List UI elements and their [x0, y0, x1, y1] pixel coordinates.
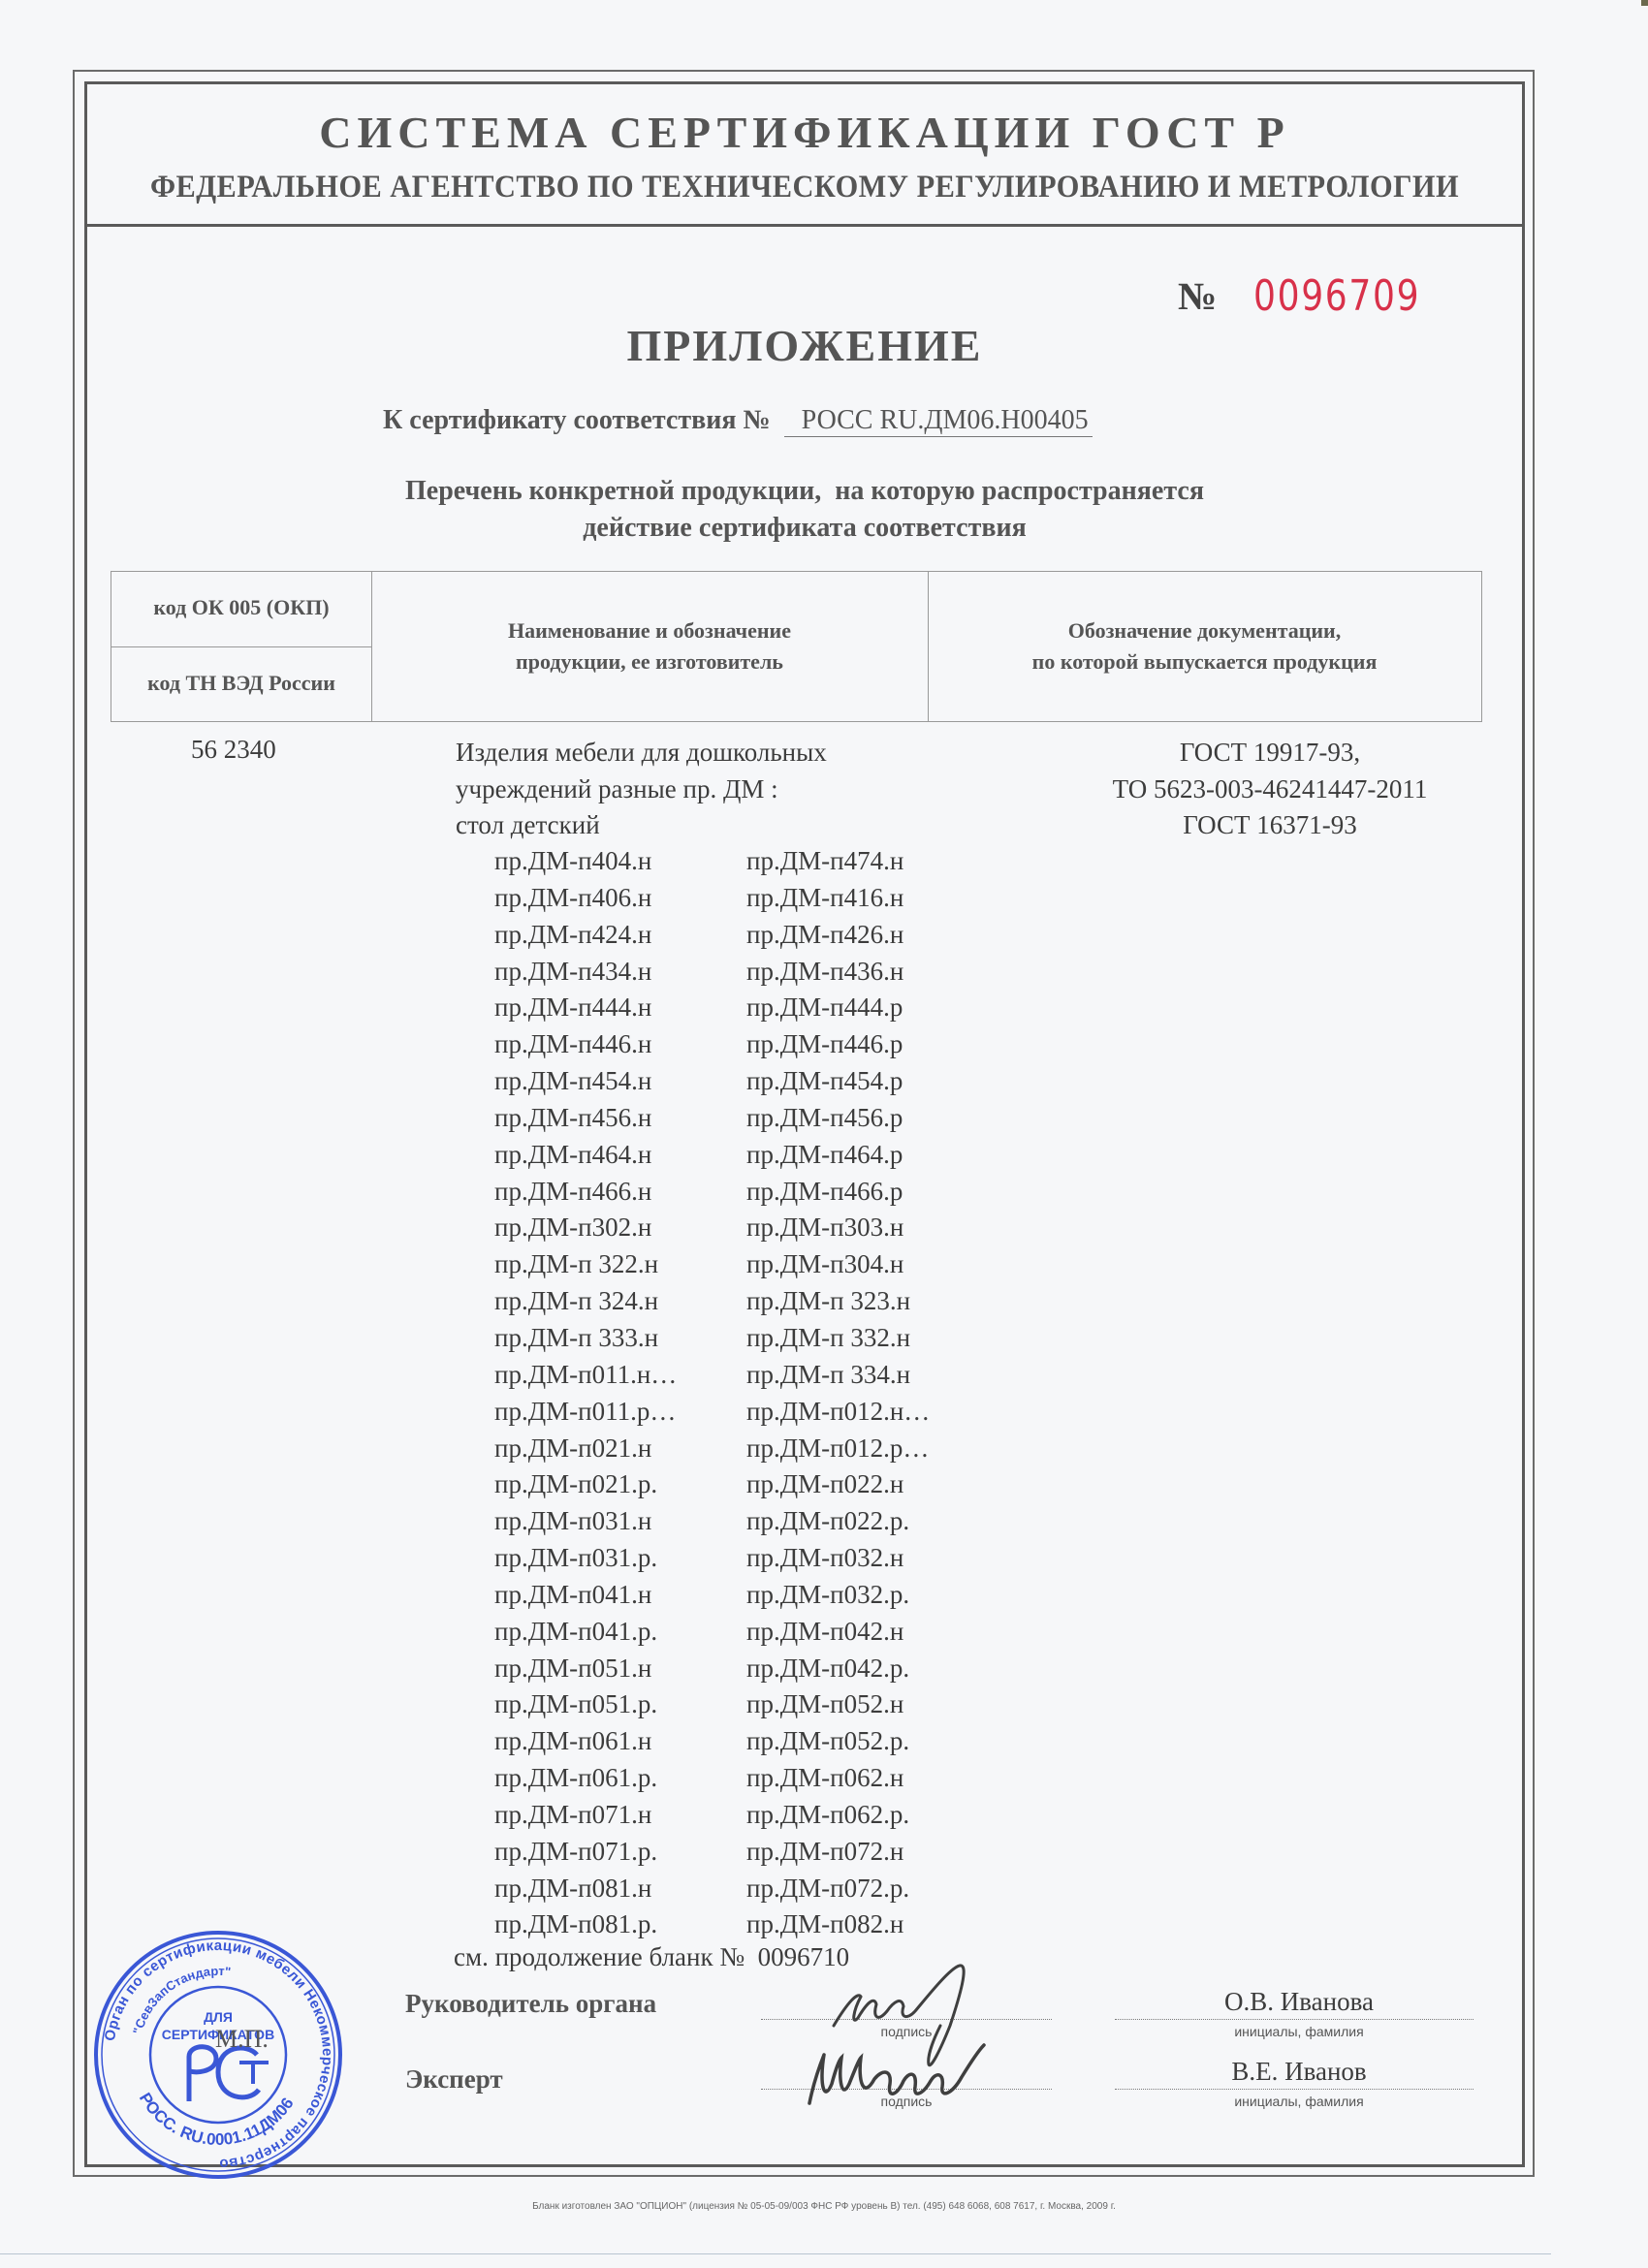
model-row: пр.ДМ-п 333.нпр.ДМ-п 332.н: [494, 1320, 930, 1357]
scope-heading: Перечень конкретной продукции, на котору…: [84, 473, 1525, 547]
model-designation: пр.ДМ-п012.н…: [746, 1394, 930, 1431]
model-designation: пр.ДМ-п 324.н: [494, 1283, 746, 1320]
scope-line-1: Перечень конкретной продукции, на котору…: [84, 473, 1525, 510]
certificate-number: РОСС RU.ДМ06.Н00405: [784, 405, 1093, 437]
documentation-item: ГОСТ 16371-93: [1052, 807, 1488, 844]
model-designation: пр.ДМ-п021.н: [494, 1431, 746, 1467]
expert-name-line: [1115, 2089, 1474, 2090]
model-designation: пр.ДМ-п446.н: [494, 1026, 746, 1063]
model-designation: пр.ДМ-п072.р.: [746, 1871, 909, 1907]
model-designation: пр.ДМ-п071.н: [494, 1797, 746, 1834]
model-designation: пр.ДМ-п021.р.: [494, 1466, 746, 1503]
model-designation: пр.ДМ-п051.р.: [494, 1686, 746, 1723]
header-code-tnved: код ТН ВЭД России: [111, 671, 371, 696]
model-designation: пр.ДМ-п434.н: [494, 954, 746, 991]
header-product-cell: Наименование и обозначение продукции, ее…: [371, 572, 929, 721]
model-designation: пр.ДМ-п 323.н: [746, 1283, 910, 1320]
model-designation: пр.ДМ-п082.н: [746, 1906, 903, 1943]
certification-stamp-icon: Орган по сертификации мебели Некоммерчес…: [92, 1929, 344, 2181]
model-designation: пр.ДМ-п444.н: [494, 990, 746, 1026]
table-header: код ОК 005 (ОКП) код ТН ВЭД России Наиме…: [111, 571, 1482, 722]
form-number-label: №: [1178, 273, 1217, 319]
documentation-item: ТО 5623-003-46241447-2011: [1052, 772, 1488, 808]
model-designation: пр.ДМ-п011.р…: [494, 1394, 746, 1431]
model-designation: пр.ДМ-п 332.н: [746, 1320, 910, 1357]
svg-text:ДЛЯ: ДЛЯ: [204, 2009, 233, 2025]
model-designation: пр.ДМ-п011.н…: [494, 1357, 746, 1394]
model-row: пр.ДМ-п466.нпр.ДМ-п466.р: [494, 1174, 930, 1211]
model-designation: пр.ДМ-п042.н: [746, 1614, 903, 1651]
page-title: ПРИЛОЖЕНИЕ: [84, 320, 1525, 371]
model-designation: пр.ДМ-п436.н: [746, 954, 903, 991]
model-designation: пр.ДМ-п061.р.: [494, 1760, 746, 1797]
model-designation: пр.ДМ-п071.р.: [494, 1834, 746, 1871]
header-docs-line-2: по которой выпускается продукция: [1032, 646, 1378, 677]
model-row: пр.ДМ-п021.нпр.ДМ-п012.р…: [494, 1431, 930, 1467]
model-row: пр.ДМ-п404.нпр.ДМ-п474.н: [494, 843, 930, 880]
model-designation: пр.ДМ-п303.н: [746, 1210, 903, 1246]
model-designation: пр.ДМ-п426.н: [746, 917, 903, 954]
model-list: пр.ДМ-п404.нпр.ДМ-п474.нпр.ДМ-п406.нпр.Д…: [494, 843, 930, 1943]
model-row: пр.ДМ-п464.нпр.ДМ-п464.р: [494, 1137, 930, 1174]
model-designation: пр.ДМ-п031.р.: [494, 1540, 746, 1577]
scope-line-2: действие сертификата соответствия: [84, 510, 1525, 547]
head-name-caption: инициалы, фамилия: [1115, 2024, 1483, 2039]
model-row: пр.ДМ-п061.нпр.ДМ-п052.р.: [494, 1723, 930, 1760]
header-divider: [84, 224, 1525, 227]
expert-signature-icon: [785, 2031, 1037, 2118]
model-row: пр.ДМ-п081.р.пр.ДМ-п082.н: [494, 1906, 930, 1943]
model-designation: пр.ДМ-п041.р.: [494, 1614, 746, 1651]
model-row: пр.ДМ-п 322.нпр.ДМ-п304.н: [494, 1246, 930, 1283]
printer-footer: Бланк изготовлен ЗАО "ОПЦИОН" (лицензия …: [0, 2201, 1648, 2212]
model-designation: пр.ДМ-п456.р: [746, 1100, 903, 1137]
model-row: пр.ДМ-п051.р.пр.ДМ-п052.н: [494, 1686, 930, 1723]
model-designation: пр.ДМ-п404.н: [494, 843, 746, 880]
page-bottom-edge: [0, 2253, 1551, 2254]
model-designation: пр.ДМ-п456.н: [494, 1100, 746, 1137]
continuation-note: см. продолжение бланк № 0096710: [454, 1942, 849, 1972]
model-row: пр.ДМ-п071.нпр.ДМ-п062.р.: [494, 1797, 930, 1834]
model-designation: пр.ДМ-п052.р.: [746, 1723, 909, 1760]
system-title: СИСТЕМА СЕРТИФИКАЦИИ ГОСТ Р: [84, 107, 1525, 158]
page-edge-mark: [1641, 0, 1648, 6]
model-designation: пр.ДМ-п062.н: [746, 1760, 903, 1797]
product-description: Изделия мебели для дошкольных учреждений…: [456, 735, 827, 844]
model-designation: пр.ДМ-п 333.н: [494, 1320, 746, 1357]
model-designation: пр.ДМ-п474.н: [746, 843, 903, 880]
model-designation: пр.ДМ-п304.н: [746, 1246, 903, 1283]
model-row: пр.ДМ-п081.нпр.ДМ-п072.р.: [494, 1871, 930, 1907]
agency-name: ФЕДЕРАЛЬНОЕ АГЕНТСТВО ПО ТЕХНИЧЕСКОМУ РЕ…: [142, 170, 1467, 205]
head-role-label: Руководитель органа: [405, 1989, 656, 2019]
model-row: пр.ДМ-п446.нпр.ДМ-п446.р: [494, 1026, 930, 1063]
model-row: пр.ДМ-п456.нпр.ДМ-п456.р: [494, 1100, 930, 1137]
documentation-item: ГОСТ 19917-93,: [1052, 735, 1488, 772]
model-designation: пр.ДМ-п081.р.: [494, 1906, 746, 1943]
expert-name-caption: инициалы, фамилия: [1115, 2094, 1483, 2109]
model-designation: пр.ДМ-п041.н: [494, 1577, 746, 1614]
model-designation: пр.ДМ-п464.н: [494, 1137, 746, 1174]
model-row: пр.ДМ-п071.р.пр.ДМ-п072.н: [494, 1834, 930, 1871]
model-row: пр.ДМ-п041.р.пр.ДМ-п042.н: [494, 1614, 930, 1651]
model-designation: пр.ДМ-п052.н: [746, 1686, 903, 1723]
model-row: пр.ДМ-п021.р.пр.ДМ-п022.н: [494, 1466, 930, 1503]
model-designation: пр.ДМ-п032.р.: [746, 1577, 909, 1614]
model-row: пр.ДМ-п444.нпр.ДМ-п444.р: [494, 990, 930, 1026]
model-designation: пр.ДМ-п061.н: [494, 1723, 746, 1760]
documentation-list: ГОСТ 19917-93, ТО 5623-003-46241447-2011…: [1052, 735, 1488, 844]
model-designation: пр.ДМ-п454.н: [494, 1063, 746, 1100]
head-name-line: [1115, 2019, 1474, 2020]
model-row: пр.ДМ-п 324.нпр.ДМ-п 323.н: [494, 1283, 930, 1320]
model-row: пр.ДМ-п434.нпр.ДМ-п436.н: [494, 954, 930, 991]
model-row: пр.ДМ-п011.н…пр.ДМ-п 334.н: [494, 1357, 930, 1394]
header-code-okp: код ОК 005 (ОКП): [111, 595, 371, 620]
model-row: пр.ДМ-п041.нпр.ДМ-п032.р.: [494, 1577, 930, 1614]
model-row: пр.ДМ-п406.нпр.ДМ-п416.н: [494, 880, 930, 917]
model-row: пр.ДМ-п302.нпр.ДМ-п303.н: [494, 1210, 930, 1246]
model-designation: пр.ДМ-п022.н: [746, 1466, 903, 1503]
model-designation: пр.ДМ-п022.р.: [746, 1503, 909, 1540]
header-docs-cell: Обозначение документации, по которой вып…: [928, 572, 1481, 721]
model-designation: пр.ДМ-п302.н: [494, 1210, 746, 1246]
certificate-reference-label: К сертификату соответствия №: [383, 405, 771, 435]
header-product-line-2: продукции, ее изготовитель: [508, 646, 791, 677]
model-designation: пр.ДМ-п 334.н: [746, 1357, 910, 1394]
header-codes-cell: код ОК 005 (ОКП) код ТН ВЭД России: [111, 572, 372, 721]
model-row: пр.ДМ-п061.р.пр.ДМ-п062.н: [494, 1760, 930, 1797]
model-row: пр.ДМ-п051.нпр.ДМ-п042.р.: [494, 1651, 930, 1687]
product-description-line: Изделия мебели для дошкольных: [456, 735, 827, 772]
model-designation: пр.ДМ-п081.н: [494, 1871, 746, 1907]
head-name: О.В. Иванова: [1115, 1987, 1483, 2017]
model-designation: пр.ДМ-п406.н: [494, 880, 746, 917]
model-designation: пр.ДМ-п464.р: [746, 1137, 903, 1174]
model-row: пр.ДМ-п454.нпр.ДМ-п454.р: [494, 1063, 930, 1100]
product-code: 56 2340: [191, 735, 276, 765]
model-row: пр.ДМ-п011.р…пр.ДМ-п012.н…: [494, 1394, 930, 1431]
expert-role-label: Эксперт: [405, 2064, 503, 2095]
model-designation: пр.ДМ-п062.р.: [746, 1797, 909, 1834]
model-row: пр.ДМ-п424.нпр.ДМ-п426.н: [494, 917, 930, 954]
model-designation: пр.ДМ-п424.н: [494, 917, 746, 954]
model-designation: пр.ДМ-п012.р…: [746, 1431, 929, 1467]
model-designation: пр.ДМ-п466.н: [494, 1174, 746, 1211]
model-designation: пр.ДМ-п444.р: [746, 990, 903, 1026]
header-product-line-1: Наименование и обозначение: [508, 615, 791, 646]
form-number: 0096709: [1253, 271, 1420, 321]
expert-name: В.Е. Иванов: [1115, 2057, 1483, 2087]
stamp-place-label: М.П.: [215, 2025, 269, 2054]
model-designation: пр.ДМ-п 322.н: [494, 1246, 746, 1283]
header-docs-line-1: Обозначение документации,: [1032, 615, 1378, 646]
model-designation: пр.ДМ-п031.н: [494, 1503, 746, 1540]
model-designation: пр.ДМ-п042.р.: [746, 1651, 909, 1687]
model-designation: пр.ДМ-п454.р: [746, 1063, 903, 1100]
model-designation: пр.ДМ-п051.н: [494, 1651, 746, 1687]
header-codes-divider: [111, 646, 371, 647]
model-designation: пр.ДМ-п466.р: [746, 1174, 903, 1211]
product-description-line: учреждений разные пр. ДМ :: [456, 772, 827, 808]
product-description-line: стол детский: [456, 807, 827, 844]
certificate-reference: К сертификату соответствия №РОСС RU.ДМ06…: [383, 405, 1093, 437]
model-row: пр.ДМ-п031.нпр.ДМ-п022.р.: [494, 1503, 930, 1540]
model-designation: пр.ДМ-п072.н: [746, 1834, 903, 1871]
model-designation: пр.ДМ-п416.н: [746, 880, 903, 917]
model-designation: пр.ДМ-п446.р: [746, 1026, 903, 1063]
model-row: пр.ДМ-п031.р.пр.ДМ-п032.н: [494, 1540, 930, 1577]
model-designation: пр.ДМ-п032.н: [746, 1540, 903, 1577]
